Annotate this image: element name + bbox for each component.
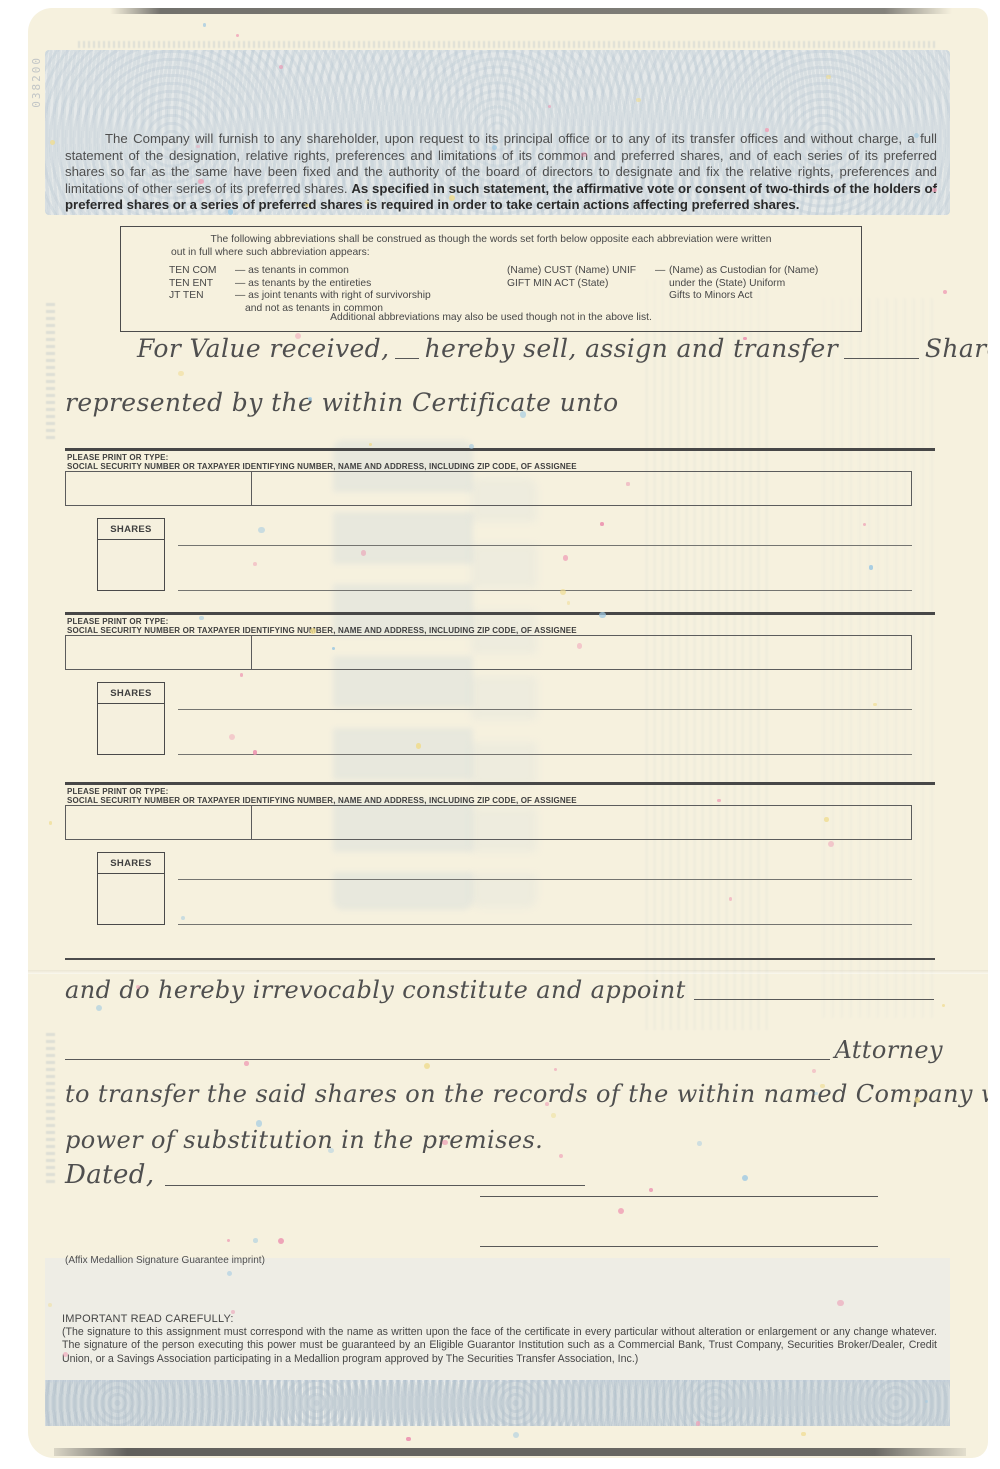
appoint-line: and do hereby irrevocably constitute and…: [65, 976, 938, 1004]
ssn-assignee-label: SOCIAL SECURITY NUMBER OR TAXPAYER IDENT…: [67, 796, 577, 805]
abbrev-term: (Name) CUST (Name) UNIF: [507, 265, 655, 278]
write-line: [178, 545, 912, 546]
security-dot: [697, 1141, 702, 1146]
share-count-blank: [844, 356, 919, 359]
attorney-name-blank: [694, 997, 934, 1000]
print-or-type-label: PLEASE PRINT OR TYPE:: [67, 787, 168, 796]
security-dot: [49, 821, 53, 825]
section-rule: [65, 782, 935, 785]
important-notice: IMPORTANT READ CAREFULLY: (The signature…: [62, 1313, 937, 1366]
security-dot: [96, 1005, 102, 1011]
transfer-clause-text1: to transfer the said shares on the recor…: [65, 1080, 988, 1108]
security-dot: [369, 443, 372, 446]
security-dot: [942, 1004, 945, 1007]
abbrev-dash: —: [655, 265, 669, 278]
id-box-divider: [251, 636, 252, 669]
engraved-rosette-row: [45, 1380, 950, 1426]
section-rule: [65, 448, 935, 451]
printer-imprint-left-lower: [46, 1033, 55, 1183]
shares-box-label: SHARES: [98, 853, 164, 874]
ssn-assignee-label: SOCIAL SECURITY NUMBER OR TAXPAYER IDENT…: [67, 626, 577, 635]
shares-box-label: SHARES: [98, 519, 164, 540]
write-line: [178, 709, 912, 710]
medallion-imprint-note: (Affix Medallion Signature Guarantee imp…: [65, 1255, 265, 1266]
abbreviations-intro: The following abbreviations shall be con…: [145, 234, 837, 259]
transfer-clause-text2: power of substitution in the premises.: [65, 1126, 543, 1154]
assignee-block-2: PLEASE PRINT OR TYPE: SOCIAL SECURITY NU…: [65, 612, 935, 762]
attorney-label: Attorney: [834, 1036, 943, 1064]
assignment-opening-line: For Value received, hereby sell, assign …: [65, 334, 988, 363]
microtext-strip: [78, 41, 938, 48]
printer-imprint-left-upper: [46, 303, 55, 443]
abbrev-def: — as joint tenants with right of survivo…: [235, 290, 431, 303]
abbrev-term: GIFT MIN ACT (State): [507, 278, 655, 291]
abbrev-def: — as tenants in common: [235, 265, 431, 278]
security-dot: [178, 371, 183, 376]
security-dot: [554, 1068, 557, 1071]
transfer-clause-line2: power of substitution in the premises.: [65, 1126, 543, 1154]
security-dot: [551, 1113, 556, 1118]
assignee-id-box: [65, 805, 912, 840]
abbrev-footer-note: Additional abbreviations may also be use…: [121, 312, 861, 325]
dated-row: Dated,: [65, 1160, 591, 1190]
security-dot: [253, 1238, 257, 1242]
write-line: [178, 590, 912, 591]
assignor-blank: [395, 356, 418, 359]
sell-assign-transfer-text: hereby sell, assign and transfer: [425, 334, 838, 363]
security-dot: [513, 1432, 519, 1438]
security-dot: [203, 23, 206, 26]
abbrev-right-list: (Name) CUST (Name) UNIF—(Name) as Custod…: [507, 265, 818, 303]
abbrev-intro-line2: out in full where such abbreviation appe…: [171, 247, 837, 260]
abbrev-term: [507, 290, 655, 303]
abbrev-term: TEN COM: [169, 265, 233, 278]
ssn-assignee-label: SOCIAL SECURITY NUMBER OR TAXPAYER IDENT…: [67, 462, 577, 471]
date-blank: [165, 1183, 585, 1186]
abbrev-def: Gifts to Minors Act: [669, 290, 818, 303]
shares-box-label: SHARES: [98, 683, 164, 704]
security-dot: [406, 1437, 411, 1442]
write-line: [178, 879, 912, 880]
for-value-received-text: For Value received,: [137, 334, 389, 363]
important-body: (The signature to this assignment must c…: [62, 1326, 937, 1366]
certificate-back: 038200 The Company will furnish to any s…: [28, 8, 988, 1458]
security-dot: [567, 601, 570, 604]
important-heading: IMPORTANT READ CAREFULLY:: [62, 1313, 937, 1325]
paper-fold-crease: [28, 970, 988, 974]
security-dot: [812, 1069, 816, 1073]
security-dot: [227, 1239, 230, 1242]
security-dot: [559, 1154, 563, 1158]
signature-line-2: [480, 1246, 878, 1247]
assignee-id-box: [65, 635, 912, 670]
id-box-divider: [251, 472, 252, 505]
write-line: [178, 924, 912, 925]
security-dot: [742, 1175, 748, 1181]
abbrev-dash: [655, 278, 669, 291]
scan-background: 038200 The Company will furnish to any s…: [0, 0, 1000, 1469]
attorney-name-blank-2: [65, 1057, 830, 1060]
represented-by-text: represented by the within Certificate un…: [65, 388, 619, 417]
abbrev-term: TEN ENT: [169, 278, 233, 291]
shares-box: SHARES: [97, 682, 165, 755]
assignee-block-1: PLEASE PRINT OR TYPE: SOCIAL SECURITY NU…: [65, 448, 935, 598]
security-dot: [278, 1238, 284, 1244]
assignee-block-3: PLEASE PRINT OR TYPE: SOCIAL SECURITY NU…: [65, 782, 935, 932]
security-dot: [801, 1432, 805, 1436]
scan-edge-shadow-bottom: [54, 1448, 966, 1456]
abbrev-left-list: TEN COM— as tenants in common TEN ENT— a…: [169, 265, 431, 315]
constitute-appoint-text: and do hereby irrevocably constitute and…: [65, 976, 686, 1004]
signature-line-1: [480, 1196, 878, 1197]
shares-word: Shares: [925, 334, 988, 363]
print-or-type-label: PLEASE PRINT OR TYPE:: [67, 617, 168, 626]
id-box-divider: [251, 806, 252, 839]
abbrev-def: (Name) as Custodian for (Name): [669, 265, 818, 278]
print-or-type-label: PLEASE PRINT OR TYPE:: [67, 453, 168, 462]
abbreviations-box: The following abbreviations shall be con…: [120, 226, 862, 332]
abbrev-def: under the (State) Uniform: [669, 278, 818, 291]
shares-box: SHARES: [97, 852, 165, 925]
transfer-clause-line1: to transfer the said shares on the recor…: [65, 1080, 988, 1108]
security-dot: [236, 34, 239, 37]
attorney-row: Attorney: [65, 1036, 943, 1064]
security-dot: [649, 1188, 653, 1192]
scan-edge-shadow-top: [110, 8, 952, 14]
ghost-serial-number: 038200: [30, 56, 43, 108]
abbrev-term: JT TEN: [169, 290, 233, 303]
assignment-line2: represented by the within Certificate un…: [65, 388, 619, 417]
shares-box: SHARES: [97, 518, 165, 591]
security-dot: [618, 1208, 624, 1214]
section-rule: [65, 612, 935, 615]
write-line: [178, 754, 912, 755]
abbrev-dash: [655, 290, 669, 303]
section-closing-rule: [65, 958, 935, 960]
legal-paragraph: The Company will furnish to any sharehol…: [65, 131, 937, 214]
assignee-id-box: [65, 471, 912, 506]
abbrev-def: — as tenants by the entireties: [235, 278, 431, 291]
security-dot: [943, 290, 947, 294]
dated-label: Dated,: [65, 1160, 155, 1190]
abbrev-intro-line1: The following abbreviations shall be con…: [145, 234, 837, 247]
